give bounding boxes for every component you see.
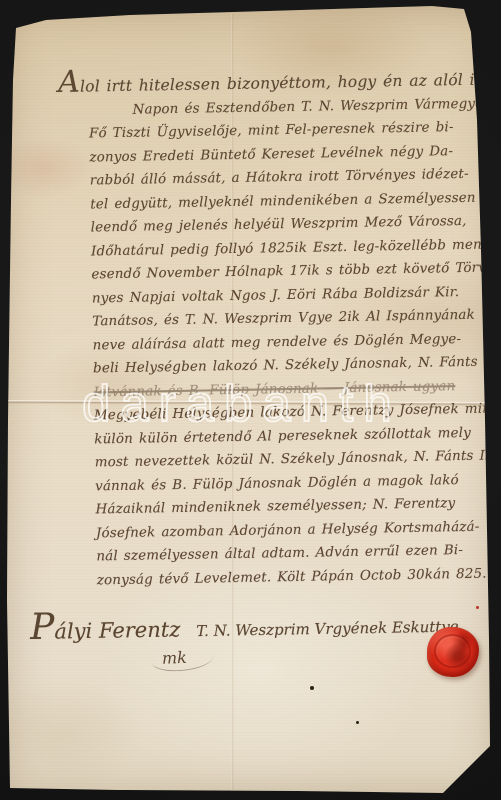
ink-speck [356, 721, 359, 724]
ink-speck [310, 686, 314, 690]
signature-manu-propria-mark: mk [152, 647, 214, 672]
photo-background: Alol irtt hitelessen bizonyéttom, hogy é… [0, 0, 501, 800]
folded-corner [436, 740, 501, 800]
wax-seal-impression [434, 634, 471, 668]
wax-speck [476, 606, 479, 609]
signature-name: Pályi Ferentz [30, 617, 180, 644]
manuscript-paper: Alol irtt hitelessen bizonyéttom, hogy é… [0, 0, 501, 800]
signature-title: T. N. Weszprim Vrgyének Eskuttye [196, 618, 459, 641]
manuscript-body-text: Alol irtt hitelessen bizonyéttom, hogy é… [58, 69, 495, 593]
red-wax-seal [427, 627, 479, 677]
signature-line: Pályi Ferentz T. N. Weszprim Vrgyének Es… [30, 612, 480, 644]
